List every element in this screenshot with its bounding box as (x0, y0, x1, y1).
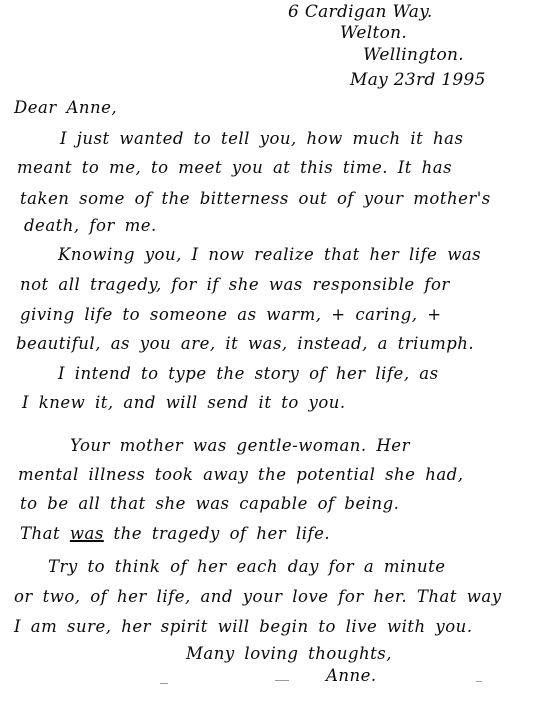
body-line: or two, of her life, and your love for h… (14, 587, 502, 606)
body-line: to be all that she was capable of being. (20, 494, 399, 513)
body-line: I intend to type the story of her life, … (58, 364, 439, 383)
body-line: meant to me, to meet you at this time. I… (17, 158, 452, 177)
scan-speck (476, 681, 482, 682)
line-prefix: That (20, 524, 60, 543)
address-suburb: Welton. (340, 23, 407, 43)
body-line: death, for me. (24, 216, 157, 235)
body-line: not all tragedy, for if she was responsi… (20, 275, 450, 294)
body-line: mental illness took away the potential s… (18, 465, 463, 484)
address-street: 6 Cardigan Way. (288, 2, 433, 22)
body-line: That was the tragedy of her life. (20, 524, 330, 543)
body-line: Your mother was gentle-woman. Her (70, 436, 410, 455)
line-rest: the tragedy of her life. (114, 524, 331, 543)
salutation: Dear Anne, (14, 98, 117, 117)
body-line: Knowing you, I now realize that her life… (58, 245, 481, 264)
body-line: giving life to someone as warm, + caring… (20, 305, 442, 324)
scan-speck (160, 683, 168, 684)
body-line: I knew it, and will send it to you. (22, 393, 346, 412)
handwritten-letter-page: 6 Cardigan Way. Welton. Wellington. May … (0, 0, 545, 716)
body-line: Try to think of her each day for a minut… (48, 557, 446, 576)
body-line: taken some of the bitterness out of your… (20, 189, 491, 208)
scan-speck (275, 680, 289, 681)
body-line: beautiful, as you are, it was, instead, … (16, 334, 474, 353)
address-city: Wellington. (363, 45, 464, 65)
signature: Anne. (326, 666, 377, 685)
underlined-word: was (70, 524, 104, 543)
body-line: I just wanted to tell you, how much it h… (60, 129, 463, 148)
body-line: I am sure, her spirit will begin to live… (14, 617, 473, 636)
closing: Many loving thoughts, (186, 644, 392, 663)
letter-date: May 23rd 1995 (350, 70, 486, 90)
